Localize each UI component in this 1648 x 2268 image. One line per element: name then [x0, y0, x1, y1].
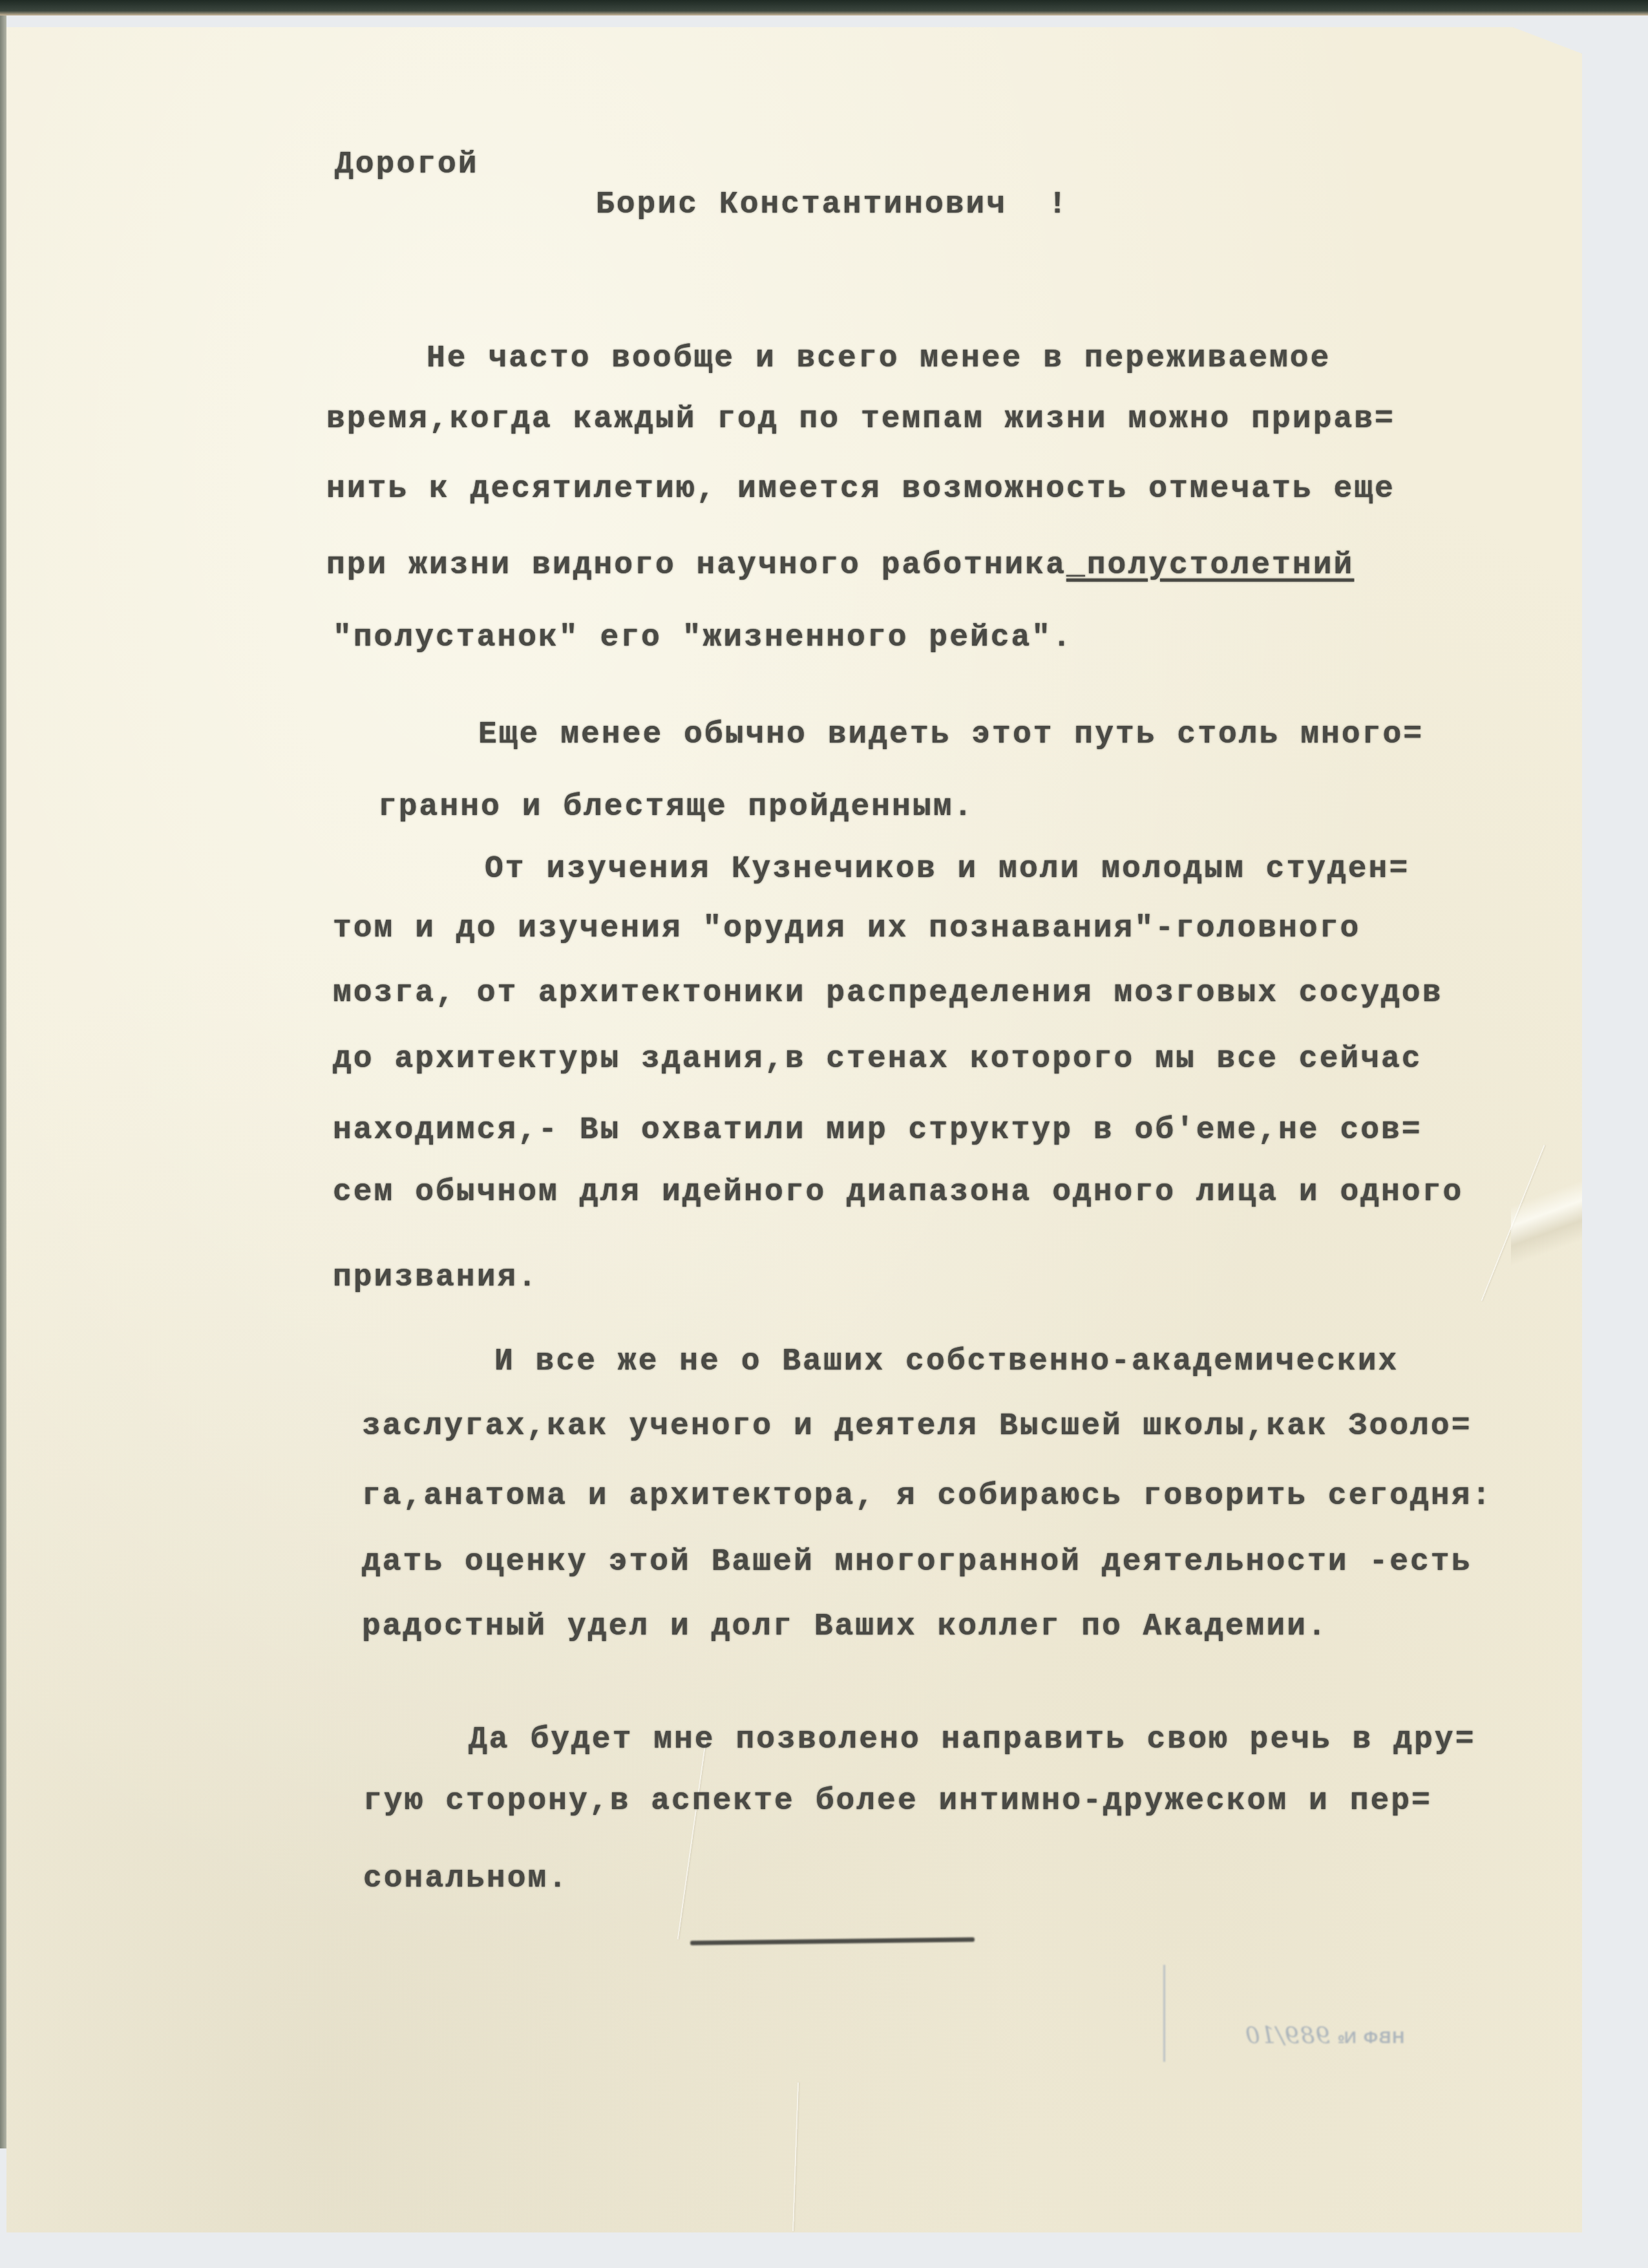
paragraph-3-line-3: мозга, от архитектоники распределения мо…: [333, 976, 1442, 1011]
paragraph-3-line-4: до архитектуры здания,в стенах которого …: [333, 1042, 1422, 1077]
salutation-line-2: Борис Константинович !: [596, 187, 1069, 222]
paragraph-4-line-2: заслугах,как ученого и деятеля Высшей шк…: [362, 1409, 1472, 1444]
paragraph-4-line-3: га,анатома и архитектора, я собираюсь го…: [362, 1479, 1492, 1514]
paragraph-2-line-2: гранно и блестяще пройденным.: [378, 790, 974, 825]
paragraph-1-line-2: время,когда каждый год по темпам жизни м…: [326, 402, 1395, 437]
torn-edge: [1511, 1126, 1582, 1300]
paragraph-5-line-1: Да будет мне позволено направить свою ре…: [469, 1722, 1475, 1757]
paragraph-5-line-2: гую сторону,в аспекте более интимно-друж…: [363, 1784, 1432, 1819]
stamp-line-3: НВФ № 989/10: [1165, 2022, 1417, 2051]
scanner-left-edge: [0, 16, 6, 2148]
paragraph-4-line-4: дать оценку этой Вашей многогранной деят…: [362, 1545, 1472, 1580]
paragraph-4-line-1: И все же не о Ваших собственно-академиче…: [494, 1344, 1399, 1379]
paragraph-1-line-4: при жизни видного научного работника_пол…: [326, 548, 1354, 583]
salutation-line-1: Дорогой: [335, 147, 479, 182]
paragraph-1-line-3: нить к десятилетию, имеется возможность …: [326, 472, 1395, 507]
paragraph-4-line-5: радостный удел и долг Ваших коллег по Ак…: [362, 1609, 1328, 1644]
paragraph-3-line-5: находимся,- Вы охватили мир структур в о…: [333, 1113, 1422, 1148]
stamp-handwritten-number: 989/10: [1245, 2022, 1331, 2049]
scanner-top-edge: [0, 0, 1648, 16]
stamp-line-2: ​: [1165, 1993, 1417, 2022]
archive-stamp: ​ ​ НВФ № 989/10: [1163, 1965, 1417, 2062]
paragraph-3-line-6: сем обычном для идейного диапазона одног…: [333, 1175, 1463, 1210]
paragraph-5-line-3: сональном.: [363, 1861, 569, 1896]
stamp-line-1: ​: [1165, 1965, 1417, 1993]
paragraph-1-line-4-text: при жизни видного научного работника: [326, 548, 1066, 583]
paper-crease: [677, 1734, 708, 1939]
paragraph-1-line-5: "полустанок" его "жизненного рейса".: [333, 620, 1073, 655]
paper-crease: [792, 2083, 799, 2231]
paragraph-3-line-1: От изучения Кузнечиков и моли молодым ст…: [485, 852, 1410, 887]
paragraph-2-line-1: Еще менее обычно видеть этот путь столь …: [478, 717, 1424, 752]
paragraph-3-line-2: том и до изучения "орудия их познавания"…: [333, 911, 1360, 946]
paragraph-1-line-1: Не часто вообще и всего менее в пережива…: [427, 341, 1331, 376]
underlined-phrase: _полустолетний: [1066, 548, 1354, 583]
paragraph-3-line-7: призвания.: [333, 1260, 538, 1295]
stamp-fund-label: НВФ: [1362, 2028, 1404, 2047]
